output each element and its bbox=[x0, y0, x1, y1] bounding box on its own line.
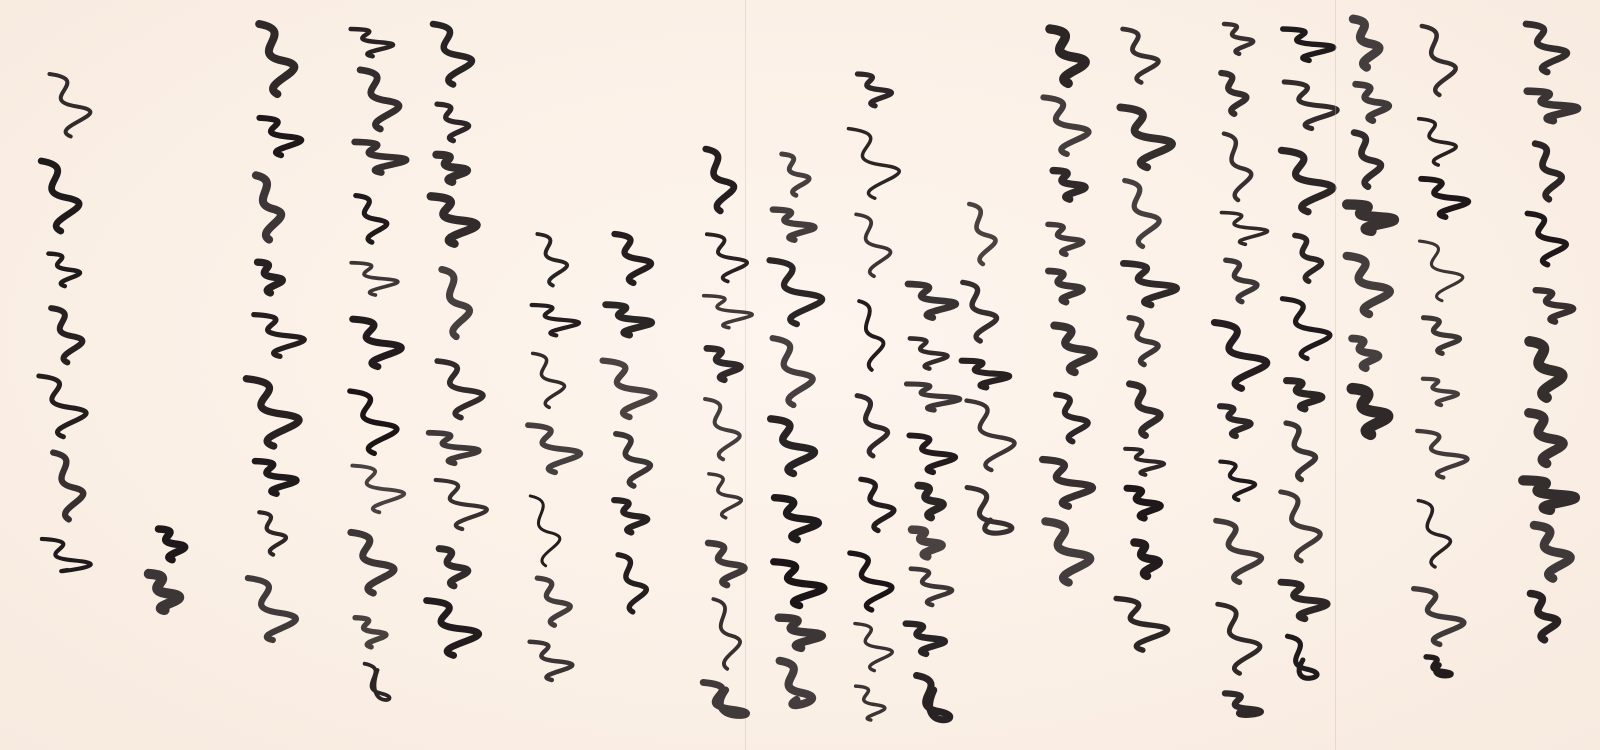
script-column-17 bbox=[246, 24, 304, 640]
brush-stroke bbox=[1125, 449, 1164, 475]
brush-stroke bbox=[1530, 341, 1563, 397]
brush-stroke bbox=[437, 104, 469, 141]
script-column-2 bbox=[1414, 26, 1468, 676]
brush-stroke bbox=[916, 675, 949, 719]
script-column-12 bbox=[703, 149, 752, 715]
brush-stroke bbox=[614, 234, 651, 283]
brush-stroke bbox=[1286, 423, 1315, 479]
brush-stroke bbox=[351, 263, 398, 295]
brush-stroke bbox=[856, 214, 890, 276]
brush-stroke bbox=[1221, 73, 1246, 114]
script-column-3 bbox=[1347, 19, 1394, 434]
brush-stroke bbox=[1125, 181, 1159, 247]
brush-stroke bbox=[857, 74, 891, 106]
script-column-11 bbox=[770, 154, 824, 705]
brush-stroke bbox=[149, 574, 179, 610]
brush-stroke bbox=[528, 425, 580, 472]
brush-stroke bbox=[1284, 82, 1337, 129]
brush-stroke bbox=[537, 234, 567, 285]
brush-stroke bbox=[436, 480, 487, 529]
brush-stroke bbox=[1116, 598, 1167, 650]
brush-stroke bbox=[1353, 19, 1379, 67]
script-column-4 bbox=[1281, 29, 1337, 678]
brush-stroke bbox=[1226, 260, 1257, 302]
script-column-7 bbox=[1043, 29, 1094, 583]
script-column-8 bbox=[962, 204, 1015, 533]
brush-stroke bbox=[433, 24, 472, 85]
brush-stroke bbox=[1419, 119, 1456, 165]
brush-stroke bbox=[254, 315, 304, 357]
script-column-16 bbox=[350, 29, 406, 700]
brush-stroke bbox=[427, 600, 479, 655]
brush-stroke bbox=[859, 301, 883, 370]
brush-stroke bbox=[773, 338, 813, 405]
brush-stroke bbox=[775, 498, 819, 540]
brush-stroke bbox=[1424, 318, 1460, 354]
brush-stroke bbox=[704, 296, 752, 328]
script-column-5 bbox=[1214, 24, 1267, 715]
brush-stroke bbox=[351, 532, 394, 593]
script-column-10 bbox=[848, 74, 899, 720]
brush-stroke bbox=[918, 486, 943, 518]
brush-stroke bbox=[1287, 381, 1322, 409]
brush-stroke bbox=[707, 348, 740, 379]
script-column-13 bbox=[603, 234, 655, 612]
brush-stroke bbox=[1134, 542, 1158, 576]
brush-stroke bbox=[1221, 213, 1267, 245]
brush-stroke bbox=[771, 419, 815, 474]
brush-stroke bbox=[770, 260, 823, 324]
brush-stroke bbox=[1048, 271, 1082, 302]
brush-stroke bbox=[533, 353, 565, 407]
brush-stroke bbox=[713, 599, 740, 669]
script-column-1 bbox=[1523, 24, 1577, 640]
brush-stroke bbox=[967, 487, 1012, 533]
brush-stroke bbox=[442, 269, 470, 336]
brush-stroke bbox=[365, 664, 390, 700]
brush-stroke bbox=[356, 196, 387, 243]
brush-stroke bbox=[780, 661, 813, 705]
brush-stroke bbox=[1535, 144, 1562, 200]
brush-stroke bbox=[41, 161, 79, 231]
brush-stroke bbox=[779, 618, 822, 648]
brush-stroke bbox=[1282, 299, 1329, 359]
brush-stroke bbox=[429, 433, 479, 464]
brush-stroke bbox=[603, 361, 655, 417]
brush-stroke bbox=[48, 254, 79, 286]
brush-stroke bbox=[537, 578, 570, 625]
brush-stroke bbox=[967, 401, 1015, 470]
brush-stroke bbox=[1281, 492, 1321, 561]
brush-stroke bbox=[1347, 256, 1390, 314]
brush-stroke bbox=[707, 234, 747, 281]
brush-stroke bbox=[910, 338, 948, 368]
brush-stroke bbox=[706, 149, 734, 211]
brush-stroke bbox=[436, 155, 467, 182]
brush-stroke bbox=[908, 284, 956, 318]
brush-stroke bbox=[159, 529, 185, 560]
brush-stroke bbox=[1120, 107, 1172, 167]
brush-stroke bbox=[439, 549, 468, 586]
brush-stroke bbox=[1129, 384, 1160, 436]
brush-stroke bbox=[256, 175, 281, 239]
brush-stroke bbox=[1224, 134, 1251, 201]
brush-stroke bbox=[1224, 24, 1253, 54]
script-column-15 bbox=[427, 24, 487, 655]
brush-stroke bbox=[1214, 322, 1266, 388]
brush-stroke bbox=[1418, 501, 1450, 567]
brush-stroke bbox=[255, 461, 297, 494]
brush-stroke bbox=[708, 543, 744, 585]
script-column-18 bbox=[149, 529, 185, 610]
brush-stroke bbox=[1534, 525, 1570, 578]
brush-stroke bbox=[1354, 133, 1381, 187]
brush-stroke bbox=[360, 70, 399, 129]
brush-stroke bbox=[962, 361, 1010, 388]
brush-stroke bbox=[850, 553, 892, 610]
brush-stroke bbox=[1053, 171, 1085, 200]
brush-stroke bbox=[532, 305, 579, 335]
brush-stroke bbox=[969, 204, 995, 264]
brush-stroke bbox=[1287, 636, 1317, 678]
brush-stroke bbox=[1529, 413, 1563, 464]
brush-stroke bbox=[1281, 582, 1327, 618]
brush-stroke bbox=[1043, 460, 1093, 507]
brush-stroke bbox=[1045, 521, 1090, 582]
brush-stroke bbox=[1123, 29, 1159, 82]
brush-stroke bbox=[1127, 488, 1160, 518]
script-column-19 bbox=[39, 74, 91, 571]
brush-stroke bbox=[1220, 462, 1255, 500]
brush-stroke bbox=[431, 196, 477, 243]
brush-stroke bbox=[906, 624, 945, 654]
calligraphy-ink-layer bbox=[0, 0, 1600, 750]
brush-stroke bbox=[774, 562, 824, 606]
brush-stroke bbox=[614, 500, 647, 532]
brush-stroke bbox=[1056, 395, 1088, 442]
brush-stroke bbox=[1526, 24, 1567, 72]
paper-fold-line bbox=[1335, 0, 1336, 750]
brush-stroke bbox=[1048, 224, 1083, 254]
brush-stroke bbox=[1123, 263, 1176, 305]
brush-stroke bbox=[1422, 26, 1456, 95]
brush-stroke bbox=[1356, 84, 1389, 120]
brush-stroke bbox=[1295, 235, 1322, 281]
brush-stroke bbox=[51, 308, 82, 362]
brush-stroke bbox=[782, 154, 809, 195]
brush-stroke bbox=[42, 539, 91, 571]
brush-stroke bbox=[246, 379, 299, 446]
brush-stroke bbox=[1216, 521, 1261, 583]
brush-stroke bbox=[1527, 213, 1566, 264]
brush-stroke bbox=[1421, 179, 1468, 217]
brush-stroke bbox=[1530, 594, 1557, 640]
brush-stroke bbox=[53, 453, 83, 520]
brush-stroke bbox=[855, 624, 892, 671]
brush-stroke bbox=[1225, 693, 1261, 714]
brush-stroke bbox=[437, 361, 483, 418]
brush-stroke bbox=[963, 282, 997, 341]
brush-stroke bbox=[1417, 431, 1467, 478]
brush-stroke bbox=[709, 474, 741, 518]
brush-stroke bbox=[39, 376, 86, 437]
brush-stroke bbox=[352, 466, 404, 513]
brush-stroke bbox=[530, 642, 573, 680]
brush-stroke bbox=[911, 569, 952, 605]
script-column-9 bbox=[906, 284, 960, 720]
brush-stroke bbox=[259, 24, 294, 94]
script-column-6 bbox=[1116, 29, 1177, 650]
brush-stroke bbox=[1281, 150, 1332, 211]
brush-stroke bbox=[1420, 241, 1463, 301]
brush-stroke bbox=[1523, 480, 1575, 510]
brush-stroke bbox=[909, 435, 955, 472]
brush-stroke bbox=[856, 686, 885, 720]
brush-stroke bbox=[1347, 204, 1394, 230]
brush-stroke bbox=[1352, 389, 1387, 435]
brush-stroke bbox=[848, 129, 899, 199]
brush-stroke bbox=[1283, 29, 1334, 60]
brush-stroke bbox=[49, 74, 90, 136]
brush-stroke bbox=[912, 530, 942, 557]
brush-stroke bbox=[857, 396, 887, 456]
letter-sheet bbox=[0, 0, 1600, 750]
brush-stroke bbox=[1218, 604, 1260, 673]
brush-stroke bbox=[705, 399, 740, 459]
brush-stroke bbox=[351, 29, 393, 56]
brush-stroke bbox=[259, 512, 286, 554]
brush-stroke bbox=[1220, 406, 1251, 436]
brush-stroke bbox=[703, 682, 746, 715]
brush-stroke bbox=[861, 479, 894, 530]
brush-stroke bbox=[1423, 379, 1458, 405]
brush-stroke bbox=[259, 118, 301, 155]
brush-stroke bbox=[350, 391, 397, 453]
brush-stroke bbox=[616, 434, 650, 486]
brush-stroke bbox=[353, 319, 402, 367]
brush-stroke bbox=[773, 210, 815, 240]
script-column-14 bbox=[528, 234, 580, 680]
brush-stroke bbox=[1527, 91, 1577, 121]
brush-stroke bbox=[355, 618, 386, 647]
brush-stroke bbox=[606, 305, 652, 335]
brush-stroke bbox=[1536, 290, 1573, 321]
brush-stroke bbox=[258, 262, 283, 293]
brush-stroke bbox=[355, 142, 407, 173]
brush-stroke bbox=[618, 555, 646, 612]
brush-stroke bbox=[1050, 29, 1085, 83]
brush-stroke bbox=[1414, 589, 1464, 645]
brush-stroke bbox=[1352, 338, 1378, 368]
brush-stroke bbox=[1054, 326, 1094, 373]
brush-stroke bbox=[530, 496, 560, 566]
brush-stroke bbox=[1043, 97, 1088, 154]
brush-stroke bbox=[906, 384, 959, 410]
brush-stroke bbox=[1129, 318, 1158, 365]
brush-stroke bbox=[1426, 657, 1451, 676]
brush-stroke bbox=[248, 578, 296, 640]
